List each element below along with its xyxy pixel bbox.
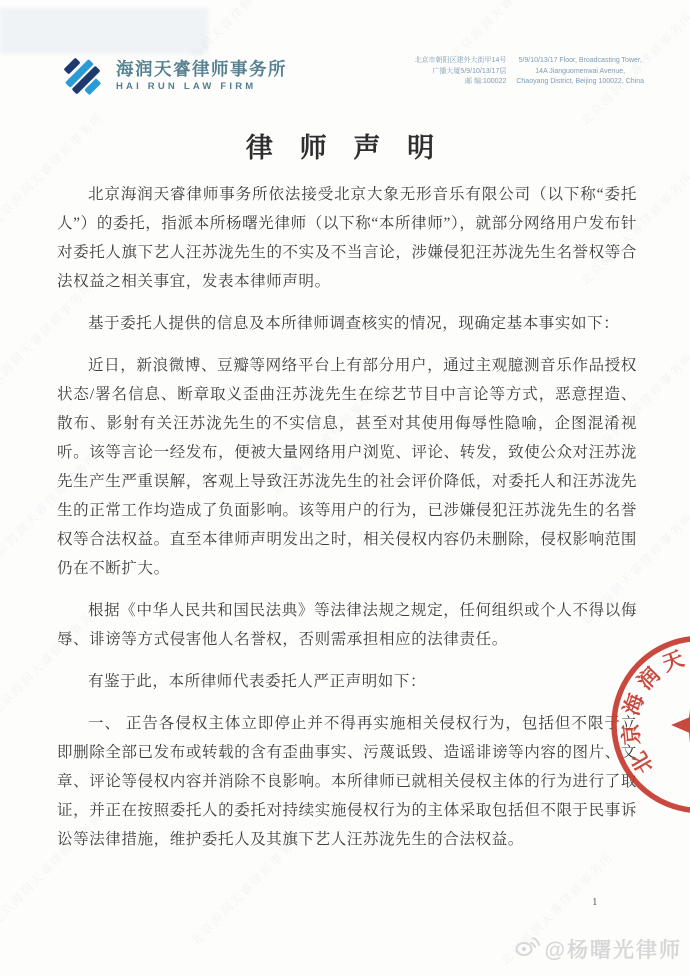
weibo-credit-watermark: @杨曙光律师	[515, 934, 682, 964]
address-line: 邮 编:100022	[415, 77, 507, 88]
address-line: 14A Jianguomenwai Avenue,	[516, 67, 644, 78]
firm-address: 北京市朝阳区建外大街甲14号 广播大厦5/9/10/13/17层 邮 编:100…	[415, 56, 644, 88]
scan-artifact	[0, 8, 208, 54]
firm-name-cn: 海润天睿律师事务所	[116, 58, 287, 80]
paragraph-basis: 基于委托人提供的信息及本所律师调查核实的情况，现确定基本事实如下：	[57, 309, 637, 338]
address-line: 广播大厦5/9/10/13/17层	[415, 67, 507, 78]
firm-address-cn: 北京市朝阳区建外大街甲14号 广播大厦5/9/10/13/17层 邮 编:100…	[415, 56, 507, 88]
document-title: 律 师 声 明	[0, 126, 690, 165]
paragraph-law: 根据《中华人民共和国民法典》等法律法规之规定，任何组织或个人不得以侮辱、诽谤等方…	[57, 596, 637, 654]
address-line: 北京市朝阳区建外大街甲14号	[415, 56, 507, 67]
seal-star-icon	[665, 689, 690, 755]
weibo-icon	[515, 935, 541, 963]
paragraph-demand: 一、 正告各侵权主体立即停止并不得再实施相关侵权行为，包括但不限于立即删除全部已…	[57, 709, 637, 854]
firm-name-block: 海润天睿律师事务所 HAI RUN LAW FIRM	[116, 58, 287, 94]
paragraph-facts: 近日，新浪微博、豆瓣等网络平台上有部分用户，通过主观臆测音乐作品授权状态/署名信…	[57, 351, 637, 583]
document-page: 北京海润天睿律师事务所 北京海润天睿律师事务所 北京海润天睿律师事务所 北京海润…	[0, 0, 690, 976]
address-line: Chaoyang District, Beijing 100022, China	[516, 77, 644, 88]
weibo-credit-text: @杨曙光律师	[545, 934, 682, 964]
paragraph-declaration: 有鉴于此，本所律师代表委托人严正声明如下：	[57, 667, 637, 696]
page-number: 1	[592, 896, 598, 908]
firm-logo-icon	[58, 52, 106, 100]
address-line: 5/9/10/13/17 Floor, Broadcasting Tower,	[516, 56, 644, 67]
paragraph-intro: 北京海润天睿律师事务所依法接受北京大象无形音乐有限公司（以下称“委托人”）的委托…	[57, 180, 637, 296]
firm-brand: 海润天睿律师事务所 HAI RUN LAW FIRM	[58, 52, 287, 100]
firm-address-en: 5/9/10/13/17 Floor, Broadcasting Tower, …	[516, 56, 644, 88]
firm-name-en: HAI RUN LAW FIRM	[116, 80, 287, 94]
document-body: 北京海润天睿律师事务所依法接受北京大象无形音乐有限公司（以下称“委托人”）的委托…	[57, 180, 637, 867]
letterhead: 海润天睿律师事务所 HAI RUN LAW FIRM 北京市朝阳区建外大街甲14…	[58, 52, 644, 100]
